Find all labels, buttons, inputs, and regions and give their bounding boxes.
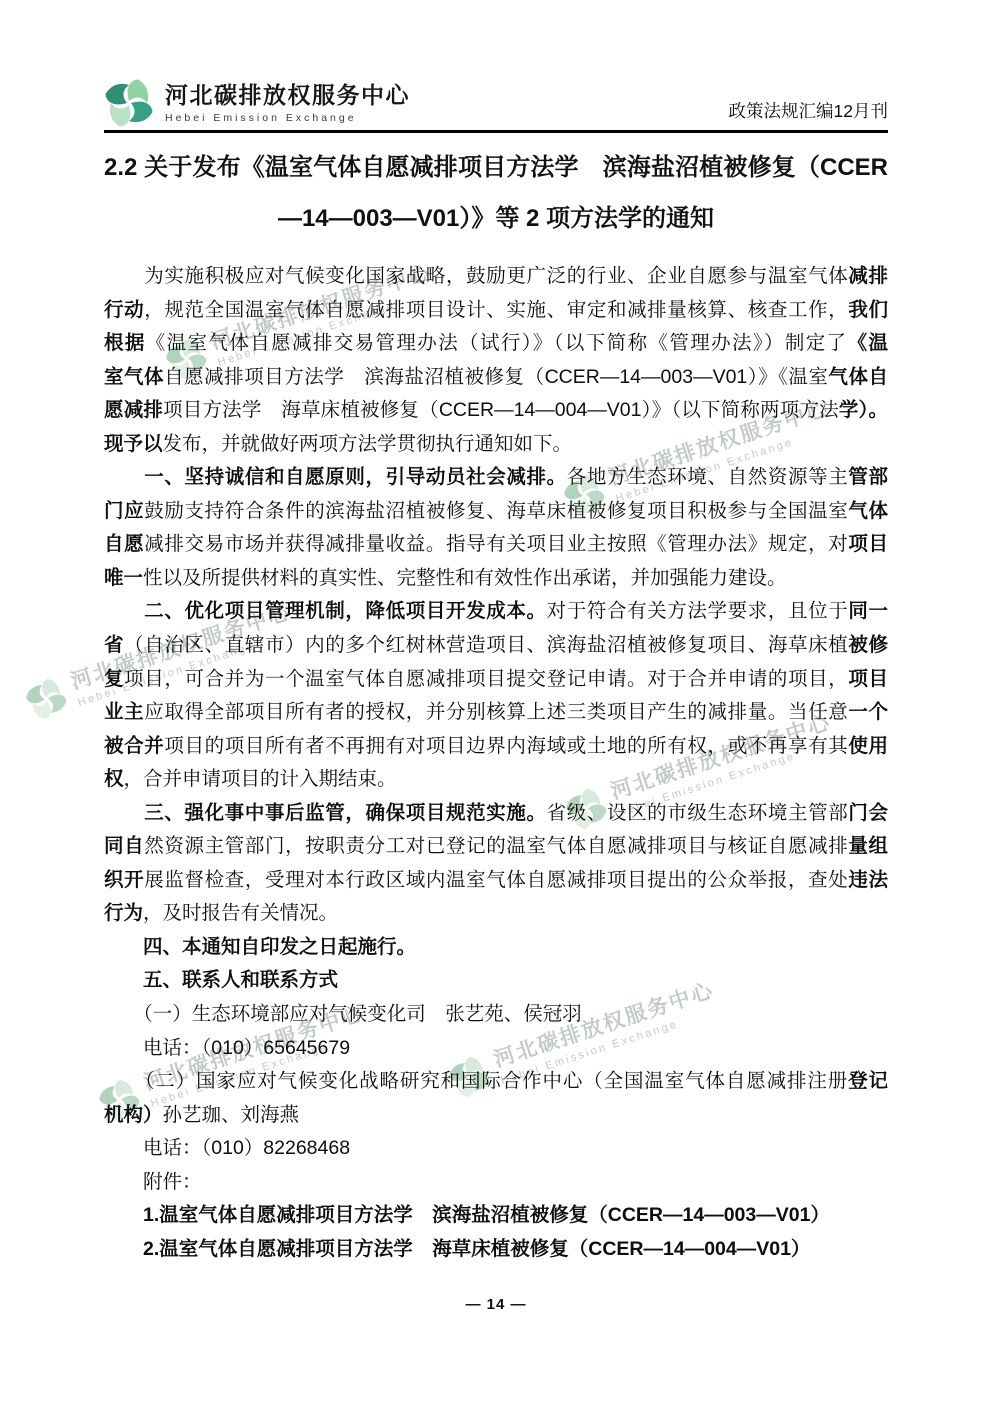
body-line: 织开展监督检查，受理对本行政区域内温室气体自愿减排项目提出的公众举报，查处违法 (104, 864, 888, 898)
body-line: 电话：（010）82268468 (104, 1132, 888, 1166)
body-line: 行动，规范全国温室气体自愿减排项目设计、实施、审定和减排量核算、核查工作，我们 (104, 294, 888, 328)
body-line: 同自然资源主管部门，按职责分工对已登记的温室气体自愿减排项目与核证自愿减排量组 (104, 830, 888, 864)
body-line: 业主应取得全部项目所有者的授权，并分别核算上述三类项目产生的减排量。当任意一个 (104, 696, 888, 730)
page-header: 河北碳排放权服务中心 Hebei Emission Exchange 政策法规汇… (104, 68, 888, 128)
org-name-en: Hebei Emission Exchange (165, 112, 410, 124)
body-line: 1.温室气体自愿减排项目方法学 滨海盐沼植被修复（CCER—14—003—V01… (104, 1199, 888, 1233)
body-line: 门应鼓励支持符合条件的滨海盐沼植被修复、海草床植被修复项目积极参与全国温室气体 (104, 495, 888, 529)
body-line: 为实施积极应对气候变化国家战略，鼓励更广泛的行业、企业自愿参与温室气体减排 (104, 260, 888, 294)
document-body: 为实施积极应对气候变化国家战略，鼓励更广泛的行业、企业自愿参与温室气体减排行动，… (104, 260, 888, 1266)
org-logo-icon (104, 78, 154, 128)
paragraph: 四、本通知自印发之日起施行。 (104, 931, 888, 965)
body-line: 省（自治区、直辖市）内的多个红树林营造项目、滨海盐沼植被修复项目、海草床植被修 (104, 629, 888, 663)
paragraph: 电话：（010）82268468 (104, 1132, 888, 1166)
body-line: 复项目，可合并为一个温室气体自愿减排项目提交登记申请。对于合并申请的项目，项目 (104, 663, 888, 697)
body-line: 附件： (104, 1166, 888, 1200)
paragraph: 附件： (104, 1166, 888, 1200)
document-page: 河北碳排放权服务中心 Hebei Emission Exchange 政策法规汇… (0, 0, 992, 1403)
body-line: 愿减排项目方法学 海草床植被修复（CCER—14—004—V01）》（以下简称两… (104, 394, 888, 428)
body-line: 自愿减排交易市场并获得减排量收益。指导有关项目业主按照《管理办法》规定，对项目 (104, 528, 888, 562)
document-title: 2.2 关于发布《温室气体自愿减排项目方法学 滨海盐沼植被修复（CCER —14… (104, 142, 888, 244)
body-line: 室气体自愿减排项目方法学 滨海盐沼植被修复（CCER—14—003—V01）》《… (104, 361, 888, 395)
body-line: （二）国家应对气候变化战略研究和国际合作中心（全国温室气体自愿减排注册登记 (104, 1065, 888, 1099)
document-title-line-2: —14—003—V01）》等 2 项方法学的通知 (104, 193, 888, 244)
org-name-block: 河北碳排放权服务中心 Hebei Emission Exchange (165, 82, 410, 123)
paragraph: 电话：（010）65645679 (104, 1032, 888, 1066)
body-line: 电话：（010）65645679 (104, 1032, 888, 1066)
body-line: 一、坚持诚信和自愿原则，引导动员社会减排。各地方生态环境、自然资源等主管部 (104, 461, 888, 495)
body-line: 三、强化事中事后监管，确保项目规范实施。省级、设区的市级生态环境主管部门会 (104, 797, 888, 831)
body-line: 唯一性以及所提供材料的真实性、完整性和有效性作出承诺，并加强能力建设。 (104, 562, 888, 596)
paragraph: 二、优化项目管理机制，降低项目开发成本。对于符合有关方法学要求，且位于同一省（自… (104, 595, 888, 796)
paragraph: （二）国家应对气候变化战略研究和国际合作中心（全国温室气体自愿减排注册登记机构）… (104, 1065, 888, 1132)
document-title-line-1: 2.2 关于发布《温室气体自愿减排项目方法学 滨海盐沼植被修复（CCER (104, 142, 888, 193)
paragraph: 1.温室气体自愿减排项目方法学 滨海盐沼植被修复（CCER—14—003—V01… (104, 1199, 888, 1233)
body-line: 被合并项目的项目所有者不再拥有对项目边界内海域或土地的所有权，或不再享有其使用 (104, 730, 888, 764)
body-line: （一）生态环境部应对气候变化司 张艺苑、侯冠羽 (104, 998, 888, 1032)
body-line: 权，合并申请项目的计入期结束。 (104, 763, 888, 797)
paragraph: 为实施积极应对气候变化国家战略，鼓励更广泛的行业、企业自愿参与温室气体减排行动，… (104, 260, 888, 461)
body-line: 2.温室气体自愿减排项目方法学 海草床植被修复（CCER—14—004—V01） (104, 1233, 888, 1267)
body-line: 二、优化项目管理机制，降低项目开发成本。对于符合有关方法学要求，且位于同一 (104, 595, 888, 629)
page-number: — 14 — (465, 1296, 526, 1313)
watermark-logo-icon (21, 674, 71, 724)
paragraph: 五、联系人和联系方式 (104, 964, 888, 998)
page-footer: — 14 — (0, 1296, 992, 1313)
paragraph: 一、坚持诚信和自愿原则，引导动员社会减排。各地方生态环境、自然资源等主管部门应鼓… (104, 461, 888, 595)
body-line: 行为，及时报告有关情况。 (104, 897, 888, 931)
header-divider (104, 130, 888, 133)
body-line: 机构）孙艺珈、刘海燕 (104, 1099, 888, 1133)
paragraph: （一）生态环境部应对气候变化司 张艺苑、侯冠羽 (104, 998, 888, 1032)
paragraph: 三、强化事中事后监管，确保项目规范实施。省级、设区的市级生态环境主管部门会同自然… (104, 797, 888, 931)
issue-label: 政策法规汇编12月刊 (729, 98, 888, 128)
body-line: 根据《温室气体自愿减排交易管理办法（试行）》（以下简称《管理办法》）制定了《温 (104, 327, 888, 361)
body-line: 四、本通知自印发之日起施行。 (104, 931, 888, 965)
body-line: 现予以发布，并就做好两项方法学贯彻执行通知如下。 (104, 428, 888, 462)
org-brand: 河北碳排放权服务中心 Hebei Emission Exchange (104, 78, 410, 128)
body-line: 五、联系人和联系方式 (104, 964, 888, 998)
paragraph: 2.温室气体自愿减排项目方法学 海草床植被修复（CCER—14—004—V01） (104, 1233, 888, 1267)
org-name-cn: 河北碳排放权服务中心 (165, 82, 410, 108)
